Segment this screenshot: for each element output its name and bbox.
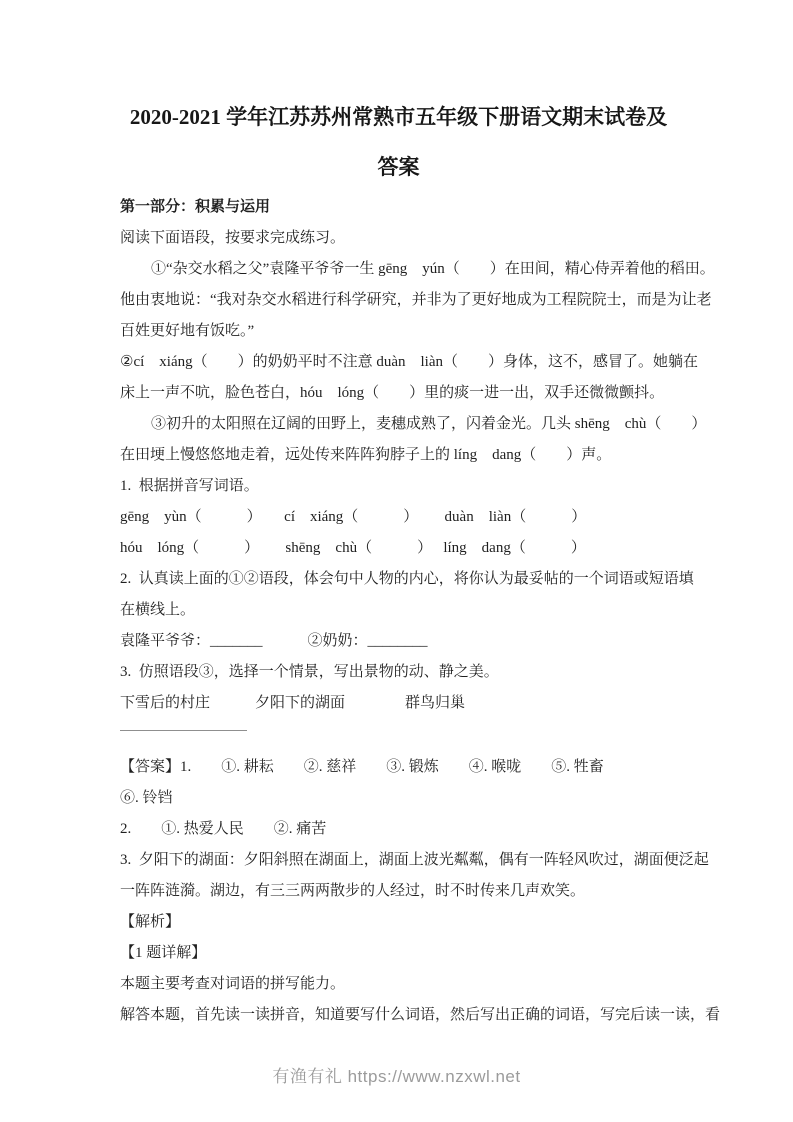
text-line: ②cí xiáng（ ）的奶奶平时不注意 duàn liàn（ ）身体，这不，感… [120,347,677,378]
text-line: 床上一声不吭，脸色苍白，hóu lóng（ ）里的痰一进一出，双手还微微颤抖。 [120,378,677,409]
text-line: ①“杂交水稻之父”袁隆平爷爷一生 gēng yún（ ）在田间，精心侍弄着他的稻… [120,254,677,285]
text-line: 【答案】1. ①. 耕耘 ②. 慈祥 ③. 锻炼 ④. 喉咙 ⑤. 牲畜 [120,752,677,783]
text-line: ⑥. 铃铛 [120,783,677,814]
text-line: 【1 题详解】 [120,938,677,969]
text-line: 他由衷地说：“我对杂交水稻进行科学研究，并非为了更好地成为工程院院士，而是为让老 [120,285,677,316]
text-line: 下雪后的村庄 夕阳下的湖面 群鸟归巢 [120,688,677,719]
text-line: 本题主要考查对词语的拼写能力。 [120,969,677,1000]
text-line: 2. ①. 热爱人民 ②. 痛苦 [120,814,677,845]
text-line: ③初升的太阳照在辽阔的田野上，麦穗成熟了，闪着金光。几头 shēng chù（ … [120,409,677,440]
document-title: 2020-2021 学年江苏苏州常熟市五年级下册语文期末试卷及答案 [120,92,677,192]
text-line: 1. 根据拼音写词语。 [120,471,677,502]
watermark-footer: 有渔有礼 https://www.nzxwl.net [0,1062,793,1087]
blank-underline [120,730,247,731]
text-line: 百姓更好地有饭吃。” [120,316,677,347]
text-line: 【解析】 [120,907,677,938]
text-line: 一阵阵涟漪。湖边，有三三两两散步的人经过，时不时传来几声欢笑。 [120,876,677,907]
text-line: hóu lóng（ ） shēng chù（ ） líng dang（ ） [120,533,677,564]
text-line: 2. 认真读上面的①②语段，体会句中人物的内心，将你认为最妥帖的一个词语或短语填 [120,564,677,595]
text-line: 3. 仿照语段③，选择一个情景，写出景物的动、静之美。 [120,657,677,688]
text-line: 3. 夕阳下的湖面：夕阳斜照在湖面上，湖面上波光粼粼，偶有一阵轻风吹过，湖面便泛… [120,845,677,876]
document-page: 2020-2021 学年江苏苏州常熟市五年级下册语文期末试卷及答案 第一部分：积… [0,0,793,1122]
answer-blank-line [120,719,677,752]
text-line: gēng yùn（ ） cí xiáng（ ） duàn liàn（ ） [120,502,677,533]
text-line: 在田埂上慢悠悠地走着，远处传来阵阵狗脖子上的 líng dang（ ）声。 [120,440,677,471]
text-line: 阅读下面语段，按要求完成练习。 [120,223,677,254]
document-content: 2020-2021 学年江苏苏州常熟市五年级下册语文期末试卷及答案 第一部分：积… [120,0,677,1031]
text-line: 在横线上。 [120,595,677,626]
document-body: 阅读下面语段，按要求完成练习。①“杂交水稻之父”袁隆平爷爷一生 gēng yún… [120,223,677,1031]
section-heading: 第一部分：积累与运用 [120,192,677,223]
text-line: 解答本题，首先读一读拼音，知道要写什么词语，然后写出正确的词语，写完后读一读，看 [120,1000,677,1031]
text-line: 袁隆平爷爷：_______ ②奶奶：________ [120,626,677,657]
